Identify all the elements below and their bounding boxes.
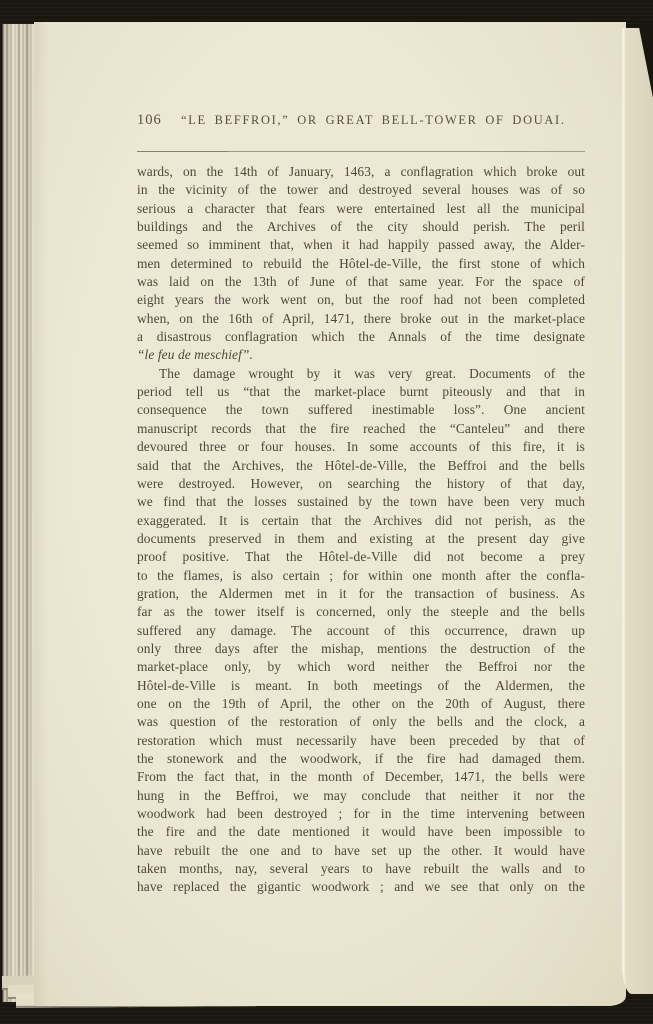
- header-rule: [137, 151, 585, 152]
- text-line: only three days after the mishap, mentio…: [137, 640, 585, 658]
- text-line: restoration which must necessarily have …: [137, 732, 585, 750]
- text-line: exaggerated. It is certain that the Arch…: [137, 512, 585, 530]
- text-line: said that the Archives, the Hôtel-de-Vil…: [137, 457, 585, 475]
- text-line: have rebuilt the one and to have set up …: [137, 842, 585, 860]
- text-line: woodwork had been destroyed ; for in the…: [137, 805, 585, 823]
- text-line: consequence the town suffered inestimabl…: [137, 401, 585, 419]
- text-line: proof positive. That the Hôtel-de-Ville …: [137, 548, 585, 566]
- page-edge-stack: [0, 24, 36, 1002]
- text-line: the stonework and the woodwork, if the f…: [137, 750, 585, 768]
- text-line: manuscript records that the fire reached…: [137, 420, 585, 438]
- text-line: have replaced the gigantic woodwork ; an…: [137, 878, 585, 896]
- text-line: serious a character that fears were ente…: [137, 200, 585, 218]
- text-line: market-place only, by which word neither…: [137, 658, 585, 676]
- text-line: we find that the losses sustained by the…: [137, 493, 585, 511]
- text-line: seemed so imminent that, when it had hap…: [137, 236, 585, 254]
- page-number: 106: [137, 112, 162, 129]
- text-line: documents preserved in them and existing…: [137, 530, 585, 548]
- text-line: far as the tower itself is concerned, on…: [137, 603, 585, 621]
- text-line: Hôtel-de-Ville is meant. In both meeting…: [137, 677, 585, 695]
- text-line: one on the 19th of April, the other on t…: [137, 695, 585, 713]
- page-header: 106 “LE BEFFROI,” OR GREAT BELL-TOWER OF…: [137, 112, 585, 129]
- text-line: period tell us “that the market-place bu…: [137, 383, 585, 401]
- text-line: eight years the work went on, but the ro…: [137, 291, 585, 309]
- next-page-edge: [622, 28, 653, 994]
- text-line: buildings and the Archives of the city s…: [137, 218, 585, 236]
- text-line: men determined to rebuild the Hôtel-de-V…: [137, 255, 585, 273]
- text-line: hung in the Beffroi, we may conclude tha…: [137, 787, 585, 805]
- text-line: From the fact that, in the month of Dece…: [137, 768, 585, 786]
- body-text: wards, on the 14th of January, 1463, a c…: [137, 163, 585, 897]
- text-line: when, on the 16th of April, 1471, there …: [137, 310, 585, 328]
- text-line: the fire and the date mentioned it would…: [137, 823, 585, 841]
- running-title: “LE BEFFROI,” OR GREAT BELL-TOWER OF DOU…: [162, 113, 585, 128]
- text-line: were destroyed. However, on searching th…: [137, 475, 585, 493]
- text-line: was laid on the 13th of June of that sam…: [137, 273, 585, 291]
- book-page: 106 “LE BEFFROI,” OR GREAT BELL-TOWER OF…: [34, 22, 626, 1006]
- text-line: a disastrous conflagration which the Ann…: [137, 328, 585, 346]
- text-line: gration, the Aldermen met in it for the …: [137, 585, 585, 603]
- text-line: taken months, nay, several years to have…: [137, 860, 585, 878]
- text-line: wards, on the 14th of January, 1463, a c…: [137, 163, 585, 181]
- text-line: to the flames, is also certain ; for wit…: [137, 567, 585, 585]
- scanned-book-page: { "page": { "number": "106", "running_ti…: [0, 0, 653, 1024]
- text-line: The damage wrought by it was very great.…: [137, 365, 585, 383]
- text-line: devoured three or four houses. In some a…: [137, 438, 585, 456]
- text-line: suffered any damage. The account of this…: [137, 622, 585, 640]
- text-line: in the vicinity of the tower and destroy…: [137, 181, 585, 199]
- text-line: was question of the restoration of only …: [137, 713, 585, 731]
- text-line: “le feu de meschief”.: [137, 346, 585, 364]
